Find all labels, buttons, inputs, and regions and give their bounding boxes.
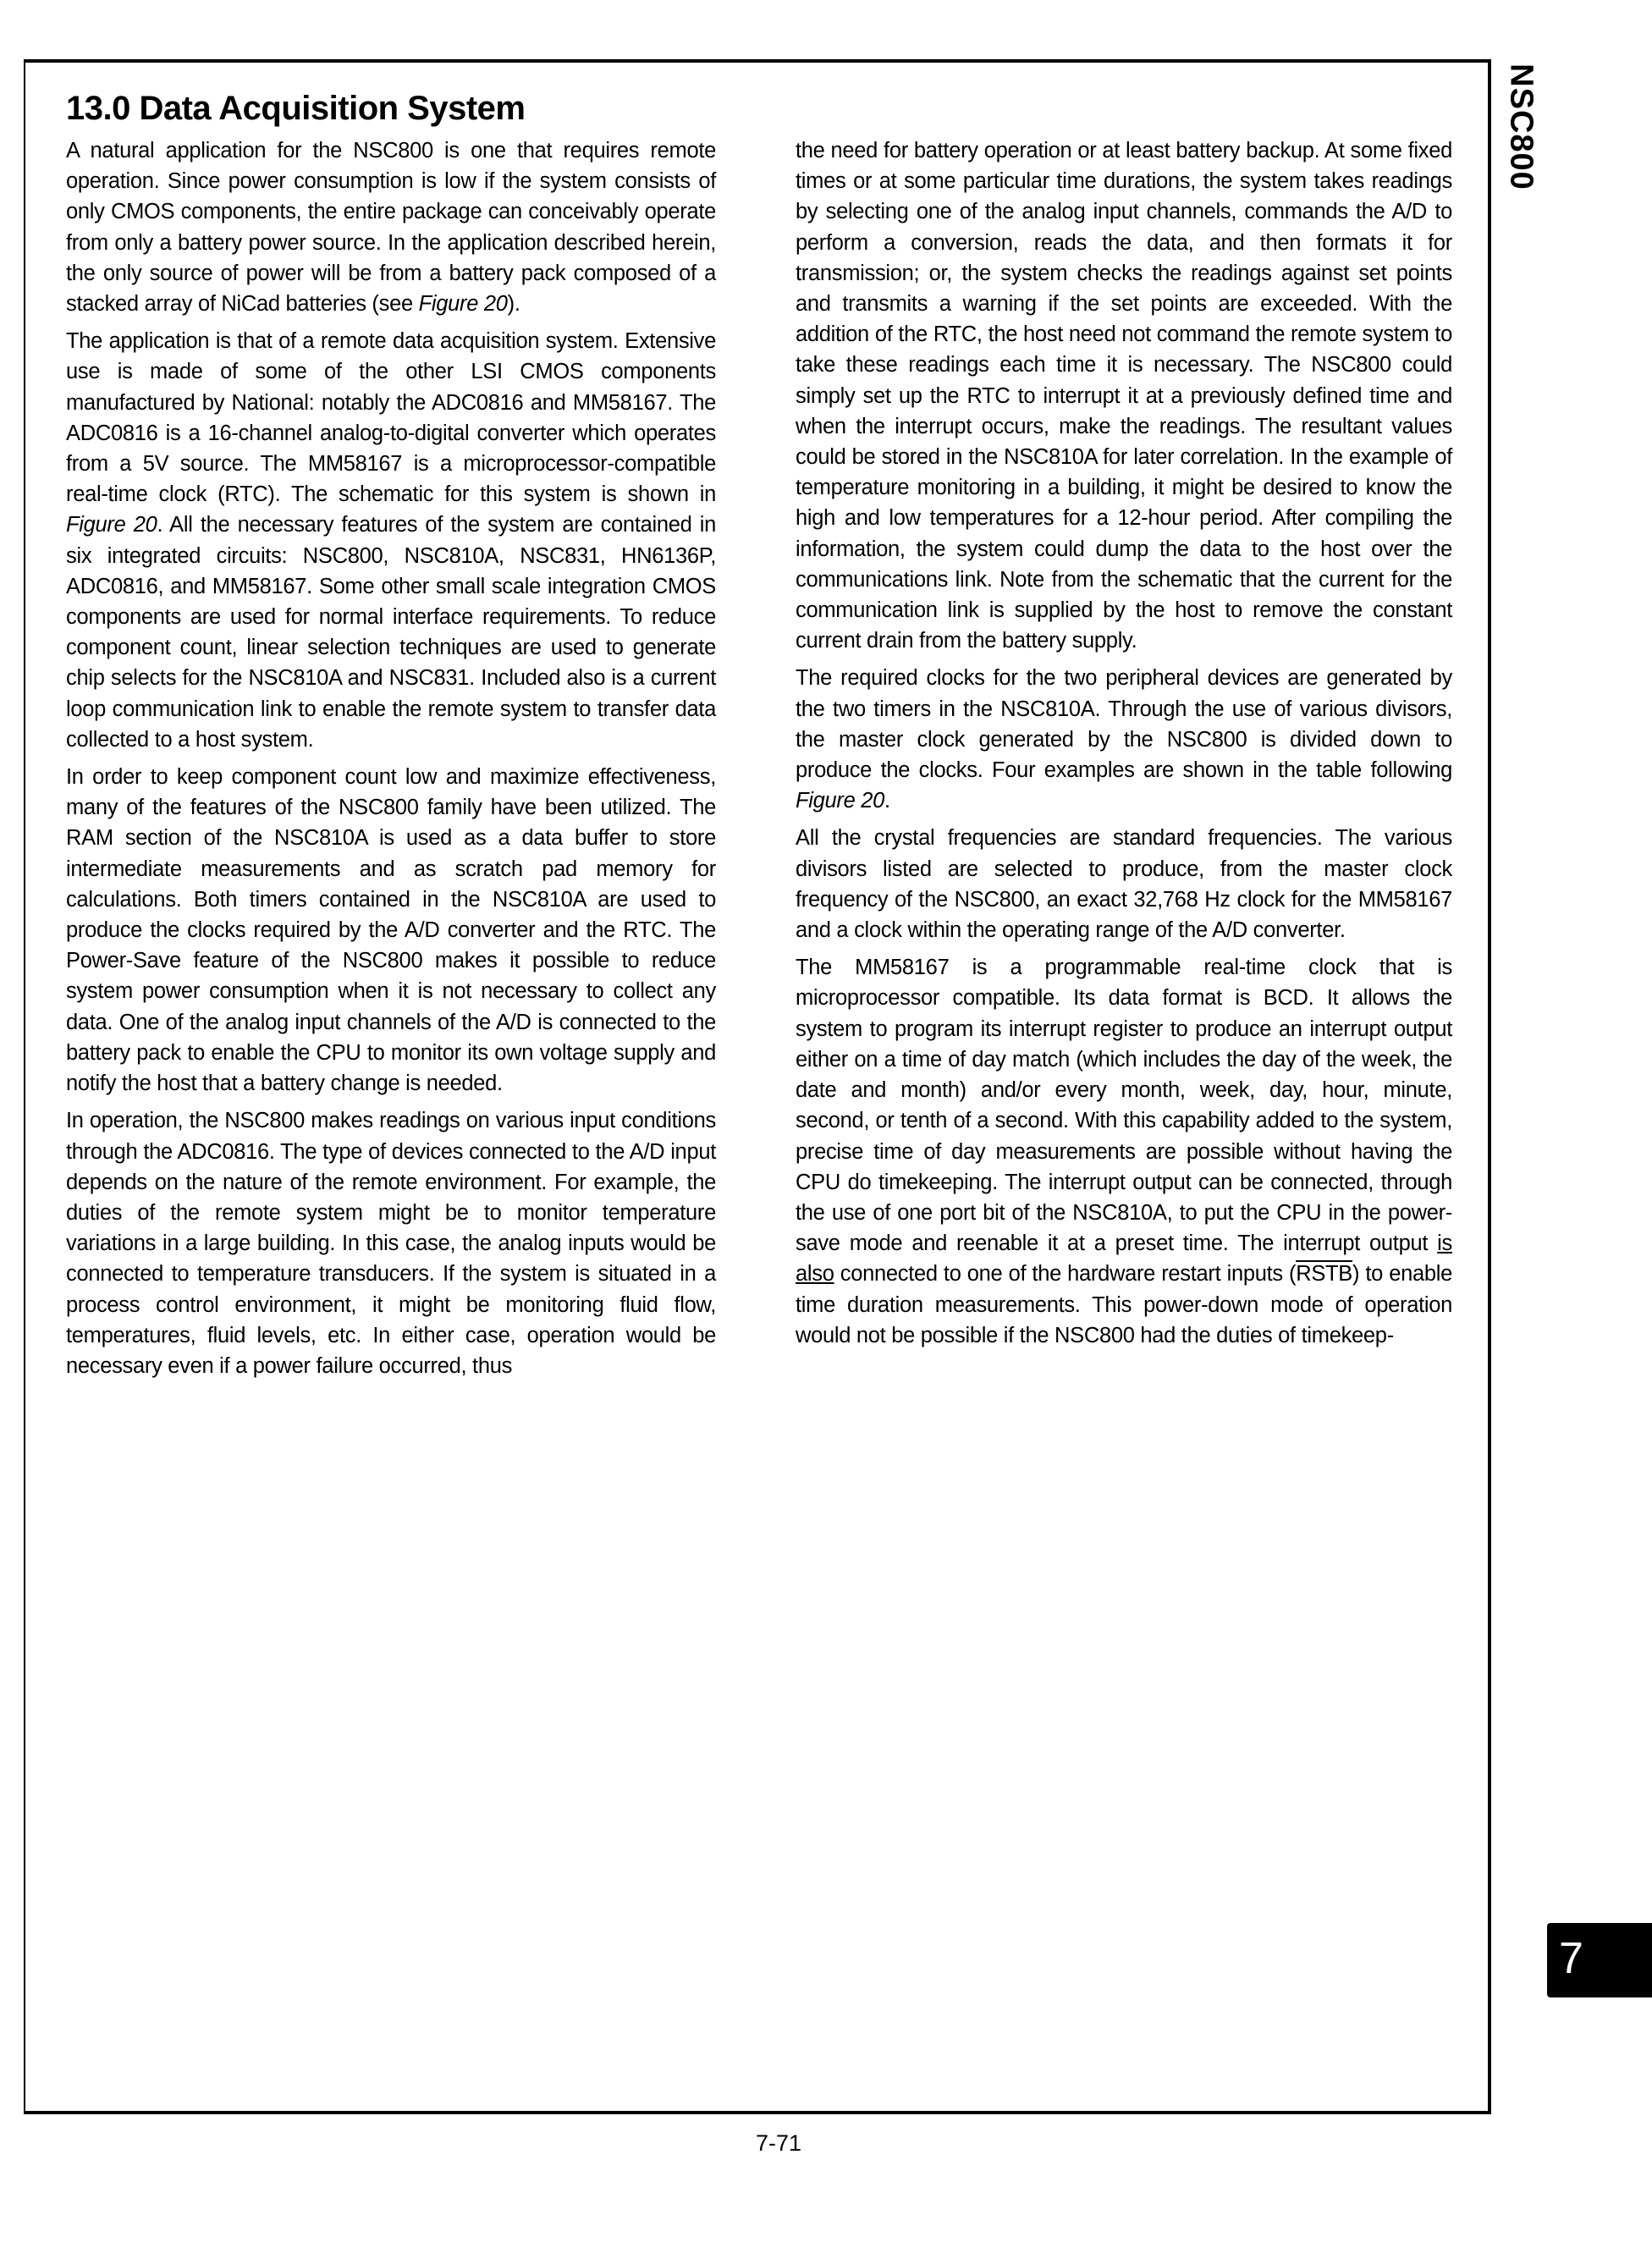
paragraph-application: The application is that of a remote data…	[66, 326, 716, 755]
paragraph-crystal-frequencies: All the crystal frequencies are standard…	[796, 823, 1452, 945]
section-title: 13.0 Data Acquisition System	[66, 88, 525, 129]
paragraph-operation: In operation, the NSC800 makes readings …	[66, 1105, 716, 1381]
text: The application is that of a remote data…	[66, 329, 716, 506]
text: The MM58167 is a programmable real-time …	[796, 956, 1452, 1255]
text: A natural application for the NSC800 is …	[66, 139, 716, 316]
text: ).	[508, 292, 520, 316]
signal-name-rstb: RSTB	[1296, 1262, 1352, 1286]
paragraph-intro: A natural application for the NSC800 is …	[66, 135, 716, 319]
text: . All the necessary features of the syst…	[66, 513, 716, 751]
section-tab: 7	[1547, 1923, 1652, 1997]
running-head-text: NSC800	[1503, 63, 1539, 190]
text: The required clocks for the two peripher…	[796, 666, 1452, 782]
text: connected to one of the hardware restart…	[834, 1262, 1297, 1286]
section-tab-number: 7	[1559, 1935, 1583, 1982]
page-number: 7-71	[728, 2130, 829, 2157]
figure-reference: Figure 20	[419, 292, 508, 316]
running-head: NSC800	[1491, 68, 1550, 186]
text: .	[884, 789, 890, 813]
left-column: A natural application for the NSC800 is …	[66, 135, 716, 1388]
paragraph-features: In order to keep component count low and…	[66, 762, 716, 1099]
right-column: the need for battery operation or at lea…	[796, 135, 1452, 1358]
paragraph-rtc: The MM58167 is a programmable real-time …	[796, 952, 1452, 1351]
figure-reference: Figure 20	[66, 513, 157, 537]
paragraph-clocks: The required clocks for the two peripher…	[796, 663, 1452, 816]
figure-reference: Figure 20	[796, 789, 884, 813]
paragraph-battery-backup: the need for battery operation or at lea…	[796, 135, 1452, 656]
